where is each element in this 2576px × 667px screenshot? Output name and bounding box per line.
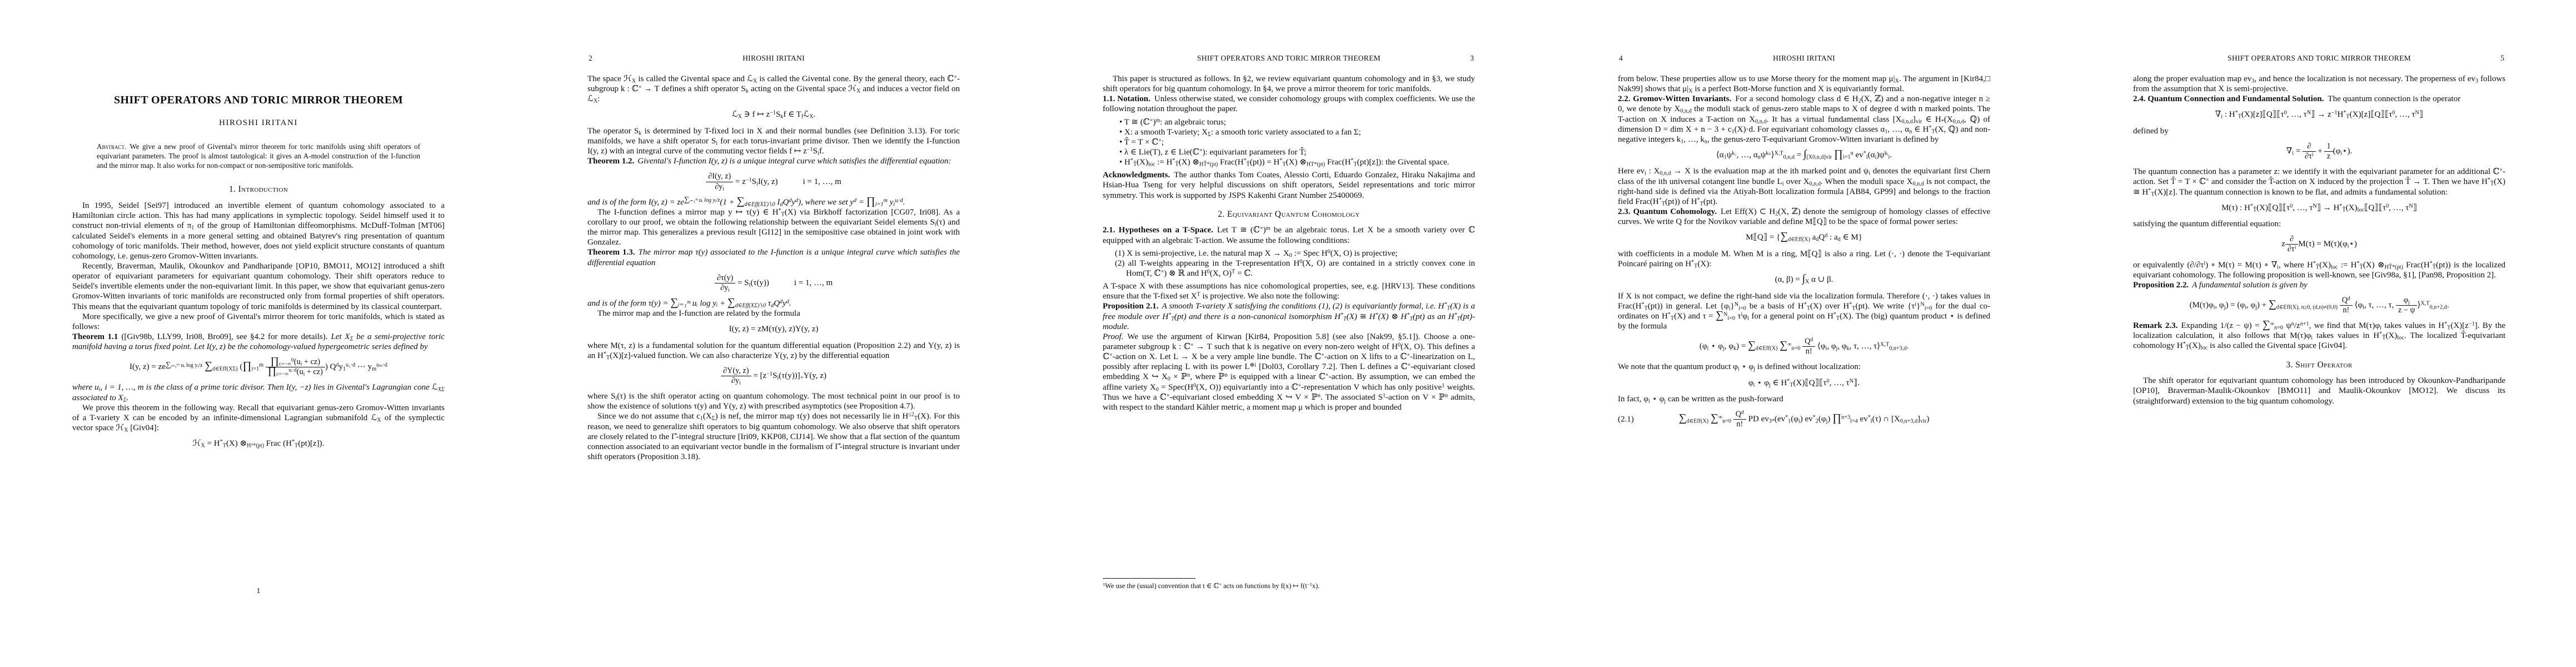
- subsection-label: 2.4. Quantum Connection and Fundamental …: [2133, 94, 2324, 103]
- paragraph: Here evi : X0,n,d → X is the evaluation …: [1618, 166, 1990, 207]
- running-head: SHIFT OPERATORS AND TORIC MIRROR THEOREM…: [1103, 54, 1475, 63]
- paragraph: The quantum connection has a parameter z…: [2133, 167, 2505, 197]
- theorem-label: Theorem 1.3.: [587, 248, 635, 257]
- footnote-text: 1We use the (usual) convention that t ∈ …: [1103, 582, 1475, 591]
- subsection-text: The quantum connection is the operator: [2328, 94, 2460, 103]
- formula-text: ∂Υ(y, z)∂yi = [z−1Si(τ(y))]+Υ(y, z): [721, 371, 826, 380]
- running-head-title: HIROSHI IRITANI: [587, 54, 960, 63]
- paragraph: The operator Sk is determined by T-fixed…: [587, 126, 960, 156]
- paragraph: □from below. These properties allow us t…: [1618, 74, 1990, 94]
- bullet-list: • T ≅ (ℂ×)m: an algebraic torus; • X: a …: [1119, 117, 1475, 168]
- paragraph: along the proper evaluation map ev3, and…: [2133, 74, 2505, 94]
- subsection: 2.4. Quantum Connection and Fundamental …: [2133, 94, 2505, 104]
- formula-text: ℋX = H*T(X) ⊗Hᵀ*(pt) Frac (H*T(pt)[z]).: [193, 439, 325, 448]
- paragraph: defined by: [2133, 126, 2505, 136]
- remark: Remark 2.3.Expanding 1/(z − ψ) = ∑∞n=0 ψ…: [2133, 321, 2505, 351]
- subsection-label: 2.1. Hypotheses on a T-Space.: [1103, 226, 1213, 235]
- condition-list: (1) X is semi-projective, i.e. the natur…: [1115, 248, 1475, 278]
- display-formula: z∂∂τiM(τ) = M(τ)(φi⋆): [2133, 235, 2505, 254]
- paragraph: The shift operator for equivariant quant…: [2133, 376, 2505, 406]
- formula-text: M(τ) : H*T̂(X)⟦Q⟧⟦τ0, …, τN⟧ → H*T̂(X)lo…: [2221, 203, 2417, 212]
- page-1: SHIFT OPERATORS AND TORIC MIRROR THEOREM…: [0, 0, 515, 667]
- footnote: 1We use the (usual) convention that t ∈ …: [1103, 578, 1475, 591]
- paragraph: where Si(τ) is the shift operator acting…: [587, 391, 960, 411]
- paragraph-text: from below. These properties allow us to…: [1618, 74, 1985, 93]
- formula-text: (M(τ)φi, φj) = (φi, φj) + ∑d∈Eff(X), n≥0…: [2190, 301, 2449, 310]
- subsection: 2.1. Hypotheses on a T-Space.Let T ≅ (ℂ×…: [1103, 225, 1475, 245]
- bullet-item: • λ ∈ Lie(T), z ∈ Lie(ℂ×): equivariant p…: [1119, 147, 1475, 157]
- display-formula: I(y, z) = ze∑ᵢ₌₁ᵐ uᵢ log yᵢ/z ∑d∈Eff(XΣ)…: [72, 357, 445, 377]
- display-formula: ∂τ(y)∂yi = Si(τ(y)) i = 1, …, m: [587, 273, 960, 293]
- paragraph: or equivalently (∂/∂τi) ∘ M(τ) = M(τ) ∘ …: [2133, 260, 2505, 280]
- paragraph: Since we do not assume that c1(XΣ) is ne…: [587, 411, 960, 462]
- acknowledgments-label: Acknowledgments.: [1103, 171, 1170, 180]
- theorem-label: Theorem 1.2.: [587, 157, 634, 166]
- bullet-item: • T̂ = T × ℂ×;: [1119, 137, 1475, 147]
- running-head-page-number: 5: [2500, 54, 2504, 63]
- paragraph: We prove this theorem in the following w…: [72, 403, 445, 433]
- paper-title: SHIFT OPERATORS AND TORIC MIRROR THEOREM: [72, 93, 445, 107]
- theorem-continuation: and is of the form I(y, z) = ze∑ᵢ₌₁ᵐ uᵢ …: [587, 197, 960, 207]
- qed-symbol: □: [1985, 74, 1990, 84]
- formula-text: (α, β) = ∫X α ∪ β.: [1775, 275, 1833, 284]
- theorem-body: The mirror map τ(y) associated to the I-…: [587, 248, 960, 267]
- proposition: Proposition 2.1.A smooth T-variety X sat…: [1103, 301, 1475, 331]
- display-formula: (M(τ)φi, φj) = (φi, φj) + ∑d∈Eff(X), n≥0…: [2133, 296, 2505, 315]
- page-number: 1: [72, 587, 445, 596]
- theorem-body: Givental's I-function I(y, z) is a uniqu…: [637, 157, 951, 166]
- condition-item: (2) all T-weights appearing in the T-rep…: [1115, 258, 1475, 278]
- subsection-label: 2.3. Quantum Cohomology.: [1618, 207, 1717, 216]
- paragraph: We note that the quantum product φi ⋆ φj…: [1618, 362, 1990, 372]
- formula-text: I(y, z) = ze∑ᵢ₌₁ᵐ uᵢ log yᵢ/z ∑d∈Eff(XΣ)…: [129, 362, 387, 371]
- page-5-column: along the proper evaluation map ev3, and…: [2133, 74, 2505, 406]
- page-4-column: □from below. These properties allow us t…: [1618, 74, 1990, 435]
- display-formula: ∇i : H*T(X)[z]⟦Q⟧⟦τ0, …, τN⟧ → z−1H*T(X)…: [2133, 109, 2505, 121]
- abstract-text: We give a new proof of Givental's mirror…: [97, 142, 420, 170]
- remark-label: Remark 2.3.: [2133, 321, 2178, 330]
- subsection: 2.3. Quantum Cohomology.Let Eff(X) ⊂ H2(…: [1618, 207, 1990, 227]
- paragraph: If X is not compact, we define the right…: [1618, 291, 1990, 332]
- paragraph: In fact, φi ⋆ φj can be written as the p…: [1618, 394, 1990, 404]
- theorem: Theorem 1.3.The mirror map τ(y) associat…: [587, 247, 960, 267]
- theorem: Theorem 1.1([Giv98b, LLY99, Iri08, Bro09…: [72, 332, 445, 352]
- theorem-continuation: and is of the form τ(y) = ∑ᵢ₌₁ᵐ uᵢ log y…: [587, 298, 960, 308]
- display-formula: ∇i = ∂∂τi + 1z(φi⋆).: [2133, 142, 2505, 161]
- paragraph: satisfying the quantum differential equa…: [2133, 219, 2505, 229]
- formula-text: ∂τ(y)∂yi = Si(τ(y)) i = 1, …, m: [715, 278, 833, 287]
- paragraph: The I-function defines a mirror map y ↦ …: [587, 207, 960, 248]
- paragraph: The mirror map and the I-function are re…: [587, 308, 960, 318]
- display-formula: (φi ⋆ φj, φk) = ∑d∈Eff(X) ∑∞n=0 Qdn! ⟨φi…: [1618, 337, 1990, 356]
- condition-item: (1) X is semi-projective, i.e. the natur…: [1115, 248, 1475, 258]
- formula-text: I(y, z) = zM(τ(y), z)Υ(y, z): [729, 325, 819, 333]
- page-2-column: The space ℋX is called the Givental spac…: [587, 74, 960, 462]
- equation-number: (2.1): [1618, 414, 1634, 425]
- bullet-item: • H*T̂(X)loc := H*T̂(X) ⊗HT̂*(pt) Frac(H…: [1119, 157, 1475, 167]
- proof-label: Proof.: [1103, 332, 1123, 341]
- display-formula: (2.1)∑d∈Eff(X) ∑∞n=0 Qdn! PD ev3*(ev*1(φ…: [1618, 410, 1990, 429]
- formula-text: M⟦Q⟧ = {∑d∈Eff(X) adQd : ad ∈ M}: [1746, 233, 1862, 242]
- footnote-rule: [1103, 578, 1195, 579]
- proposition: Proposition 2.2.A fundamental solution i…: [2133, 280, 2505, 290]
- paragraph: In 1995, Seidel [Sei97] introduced an in…: [72, 201, 445, 261]
- theorem-continuation: where ui, i = 1, …, m is the class of a …: [72, 382, 445, 402]
- page-5: SHIFT OPERATORS AND TORIC MIRROR THEOREM…: [2061, 0, 2576, 667]
- display-formula: ⟨α1ψk₁, …, αnψkₙ⟩X,T0,n,d = ∫[X0,n,d]vir…: [1618, 150, 1990, 161]
- abstract-label: Abstract.: [97, 142, 126, 151]
- proof-text: We use the argument of Kirwan [Kir84, Pr…: [1103, 332, 1475, 412]
- theorem-note: ([Giv98b, LLY99, Iri08, Bro09], see §4.2…: [121, 332, 327, 341]
- subsection: 1.1. Notation.Unless otherwise stated, w…: [1103, 94, 1475, 114]
- page-2: 2 HIROSHI IRITANI The space ℋX is called…: [515, 0, 1030, 667]
- acknowledgments: Acknowledgments.The author thanks Tom Co…: [1103, 170, 1475, 200]
- section-heading: 2. Equivariant Quantum Cohomology: [1103, 210, 1475, 220]
- abstract: Abstract.We give a new proof of Givental…: [97, 142, 420, 170]
- formula-text: z∂∂τiM(τ) = M(τ)(φi⋆): [2281, 240, 2357, 248]
- running-head-title: SHIFT OPERATORS AND TORIC MIRROR THEOREM: [2133, 54, 2505, 63]
- page-3-column: This paper is structured as follows. In …: [1103, 74, 1475, 412]
- display-formula: M(τ) : H*T̂(X)⟦Q⟧⟦τ0, …, τN⟧ → H*T̂(X)lo…: [2133, 203, 2505, 214]
- running-head-page-number: 4: [1619, 54, 1623, 63]
- paragraph: Recently, Braverman, Maulik, Okounkov an…: [72, 261, 445, 312]
- running-head-page-number: 2: [589, 54, 592, 63]
- formula-text: (φi ⋆ φj, φk) = ∑d∈Eff(X) ∑∞n=0 Qdn! ⟨φi…: [1700, 342, 1909, 351]
- remark-text: Expanding 1/(z − ψ) = ∑∞n=0 ψn/zn+1, we …: [2133, 321, 2505, 350]
- display-formula: (α, β) = ∫X α ∪ β.: [1618, 275, 1990, 286]
- formula-text: φi ⋆ φj ∈ H*T(X)⟦Q⟧⟦τ0, …, τN⟧.: [1748, 379, 1860, 387]
- section-heading: 3. Shift Operator: [2133, 360, 2505, 371]
- formula-text: ∑d∈Eff(X) ∑∞n=0 Qdn! PD ev3*(ev*1(φi) ev…: [1679, 415, 1930, 424]
- author: HIROSHI IRITANI: [72, 118, 445, 128]
- running-head: 4 HIROSHI IRITANI: [1618, 54, 1990, 63]
- subsection-text: Unless otherwise stated, we consider coh…: [1103, 94, 1475, 113]
- bullet-item: • X: a smooth T-variety; XΣ: a smooth to…: [1119, 127, 1475, 137]
- bullet-item: • T ≅ (ℂ×)m: an algebraic torus;: [1119, 117, 1475, 127]
- formula-text: ∇i = ∂∂τi + 1z(φi⋆).: [2286, 147, 2353, 156]
- proposition-label: Proposition 2.1.: [1103, 302, 1158, 311]
- display-formula: ℋX = H*T(X) ⊗Hᵀ*(pt) Frac (H*T(pt)[z]).: [72, 439, 445, 450]
- document-canvas: arXiv:1411.6840v2 [math.AG] 30 Dec 2014 …: [0, 0, 2576, 667]
- display-formula: ∂Υ(y, z)∂yi = [z−1Si(τ(y))]+Υ(y, z): [587, 366, 960, 386]
- display-formula: φi ⋆ φj ∈ H*T(X)⟦Q⟧⟦τ0, …, τN⟧.: [1618, 378, 1990, 389]
- page-1-column: SHIFT OPERATORS AND TORIC MIRROR THEOREM…: [72, 93, 445, 455]
- display-formula: M⟦Q⟧ = {∑d∈Eff(X) adQd : ad ∈ M}: [1618, 232, 1990, 243]
- subsection-label: 1.1. Notation.: [1103, 94, 1150, 103]
- formula-text: ℒX ∋ f ↦ z−1Skf ∈ TfℒX.: [732, 110, 816, 119]
- formula-text: ⟨α1ψk₁, …, αnψkₙ⟩X,T0,n,d = ∫[X0,n,d]vir…: [1716, 151, 1892, 160]
- page-4: 4 HIROSHI IRITANI □from below. These pro…: [1546, 0, 2061, 667]
- running-head: 2 HIROSHI IRITANI: [587, 54, 960, 63]
- formula-text: ∂I(y, z)∂yi = z−1SiI(y, z) i = 1, …, m: [706, 177, 841, 186]
- subsection: 2.2. Gromov-Witten Invariants.For a seco…: [1618, 94, 1990, 145]
- theorem: Theorem 1.2.Givental's I-function I(y, z…: [587, 156, 960, 166]
- display-formula: ∂I(y, z)∂yi = z−1SiI(y, z) i = 1, …, m: [587, 172, 960, 191]
- subsection-label: 2.2. Gromov-Witten Invariants.: [1618, 94, 1731, 103]
- formula-text: ∇i : H*T(X)[z]⟦Q⟧⟦τ0, …, τN⟧ → z−1H*T(X)…: [2215, 110, 2423, 119]
- paragraph: A T-space X with these assumptions has n…: [1103, 281, 1475, 301]
- running-head-title: SHIFT OPERATORS AND TORIC MIRROR THEOREM: [1103, 54, 1475, 63]
- proposition-body: A fundamental solution is given by: [2192, 281, 2308, 290]
- display-formula: I(y, z) = zM(τ(y), z)Υ(y, z): [587, 324, 960, 335]
- running-head-page-number: 3: [1470, 54, 1474, 63]
- page-3: SHIFT OPERATORS AND TORIC MIRROR THEOREM…: [1030, 0, 1546, 667]
- paragraph: The space ℋX is called the Givental spac…: [587, 74, 960, 104]
- display-formula: ℒX ∋ f ↦ z−1Skf ∈ TfℒX.: [587, 109, 960, 121]
- proof: Proof.We use the argument of Kirwan [Kir…: [1103, 332, 1475, 412]
- running-head: SHIFT OPERATORS AND TORIC MIRROR THEOREM…: [2133, 54, 2505, 63]
- section-heading: 1. Introduction: [72, 185, 445, 195]
- theorem-label: Theorem 1.1: [72, 332, 118, 341]
- paragraph: This paper is structured as follows. In …: [1103, 74, 1475, 94]
- paragraph: where M(τ, z) is a fundamental solution …: [587, 341, 960, 361]
- proposition-body: A smooth T-variety X satisfying the cond…: [1103, 302, 1475, 331]
- proposition-label: Proposition 2.2.: [2133, 281, 2189, 290]
- paragraph: More specifically, we give a new proof o…: [72, 312, 445, 332]
- paragraph: with coefficients in a module M. When M …: [1618, 249, 1990, 269]
- running-head-title: HIROSHI IRITANI: [1618, 54, 1990, 63]
